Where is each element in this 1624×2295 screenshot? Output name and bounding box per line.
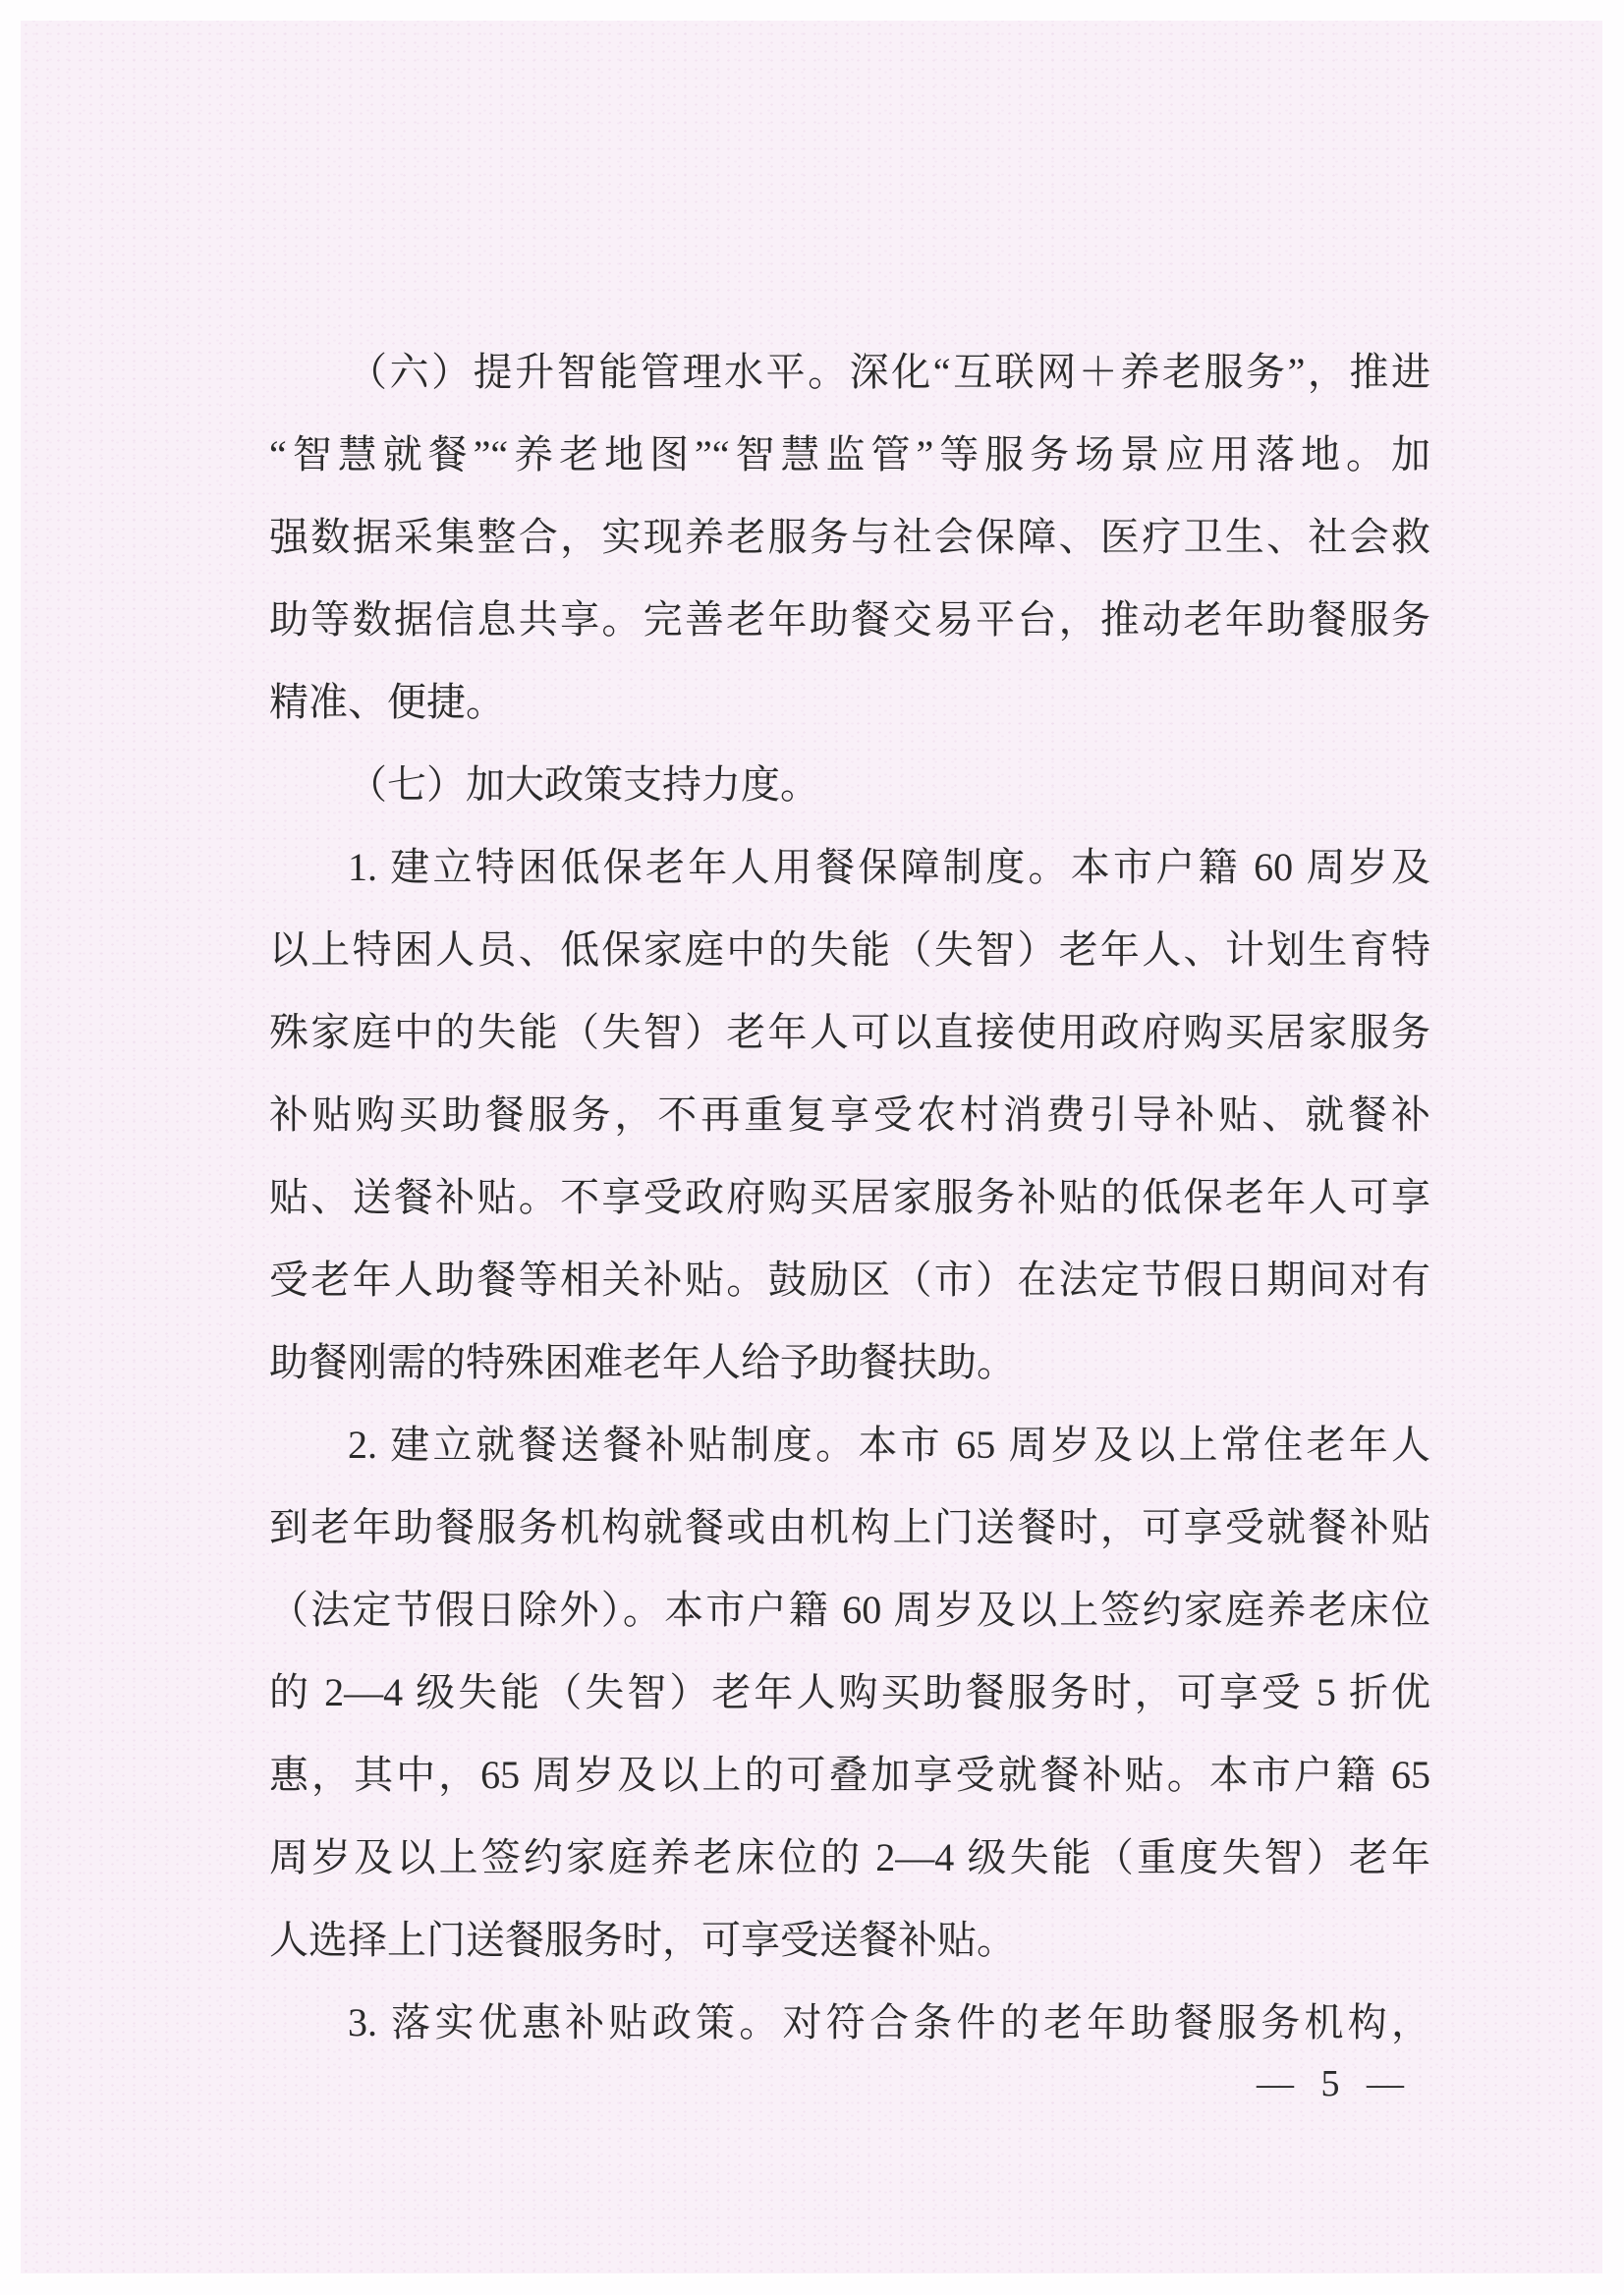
text-line: 3. 落实优惠补贴政策。对符合条件的老年助餐服务机构， [269,1982,1430,2064]
text-line: 惠，其中，65 周岁及以上的可叠加享受就餐补贴。本市户籍 65 [269,1734,1430,1817]
text-line: 助等数据信息共享。完善老年助餐交易平台，推动老年助餐服务 [269,579,1430,661]
text-line: （六）提升智能管理水平。深化“互联网＋养老服务”，推进 [269,331,1430,414]
text-line: 人选择上门送餐服务时，可享受送餐补贴。 [269,1899,1430,1982]
text-line: 2. 建立就餐送餐补贴制度。本市 65 周岁及以上常住老年人 [269,1404,1430,1486]
text-line: 贴、送餐补贴。不享受政府购买居家服务补贴的低保老年人可享 [269,1156,1430,1239]
document-page: （六）提升智能管理水平。深化“互联网＋养老服务”，推进 “智慧就餐”“养老地图”… [21,21,1602,2273]
scan-canvas: （六）提升智能管理水平。深化“互联网＋养老服务”，推进 “智慧就餐”“养老地图”… [0,0,1624,2295]
text-line: “智慧就餐”“养老地图”“智慧监管”等服务场景应用落地。加 [269,414,1430,496]
text-line: 殊家庭中的失能（失智）老年人可以直接使用政府购买居家服务 [269,991,1430,1074]
text-line: 强数据采集整合，实现养老服务与社会保障、医疗卫生、社会救 [269,496,1430,579]
section-heading: （七）加大政策支持力度。 [269,744,1430,826]
text-line: 以上特困人员、低保家庭中的失能（失智）老年人、计划生育特 [269,909,1430,991]
text-line: 周岁及以上签约家庭养老床位的 2—4 级失能（重度失智）老年 [269,1817,1430,1899]
text-line: 补贴购买助餐服务，不再重复享受农村消费引导补贴、就餐补 [269,1074,1430,1156]
page-number: — 5 — [1257,2062,1404,2105]
text-line: 助餐刚需的特殊困难老年人给予助餐扶助。 [269,1321,1430,1404]
text-line: 的 2—4 级失能（失智）老年人购买助餐服务时，可享受 5 折优 [269,1651,1430,1734]
text-line: 受老年人助餐等相关补贴。鼓励区（市）在法定节假日期间对有 [269,1239,1430,1321]
text-line: 1. 建立特困低保老年人用餐保障制度。本市户籍 60 周岁及 [269,826,1430,909]
text-line: 到老年助餐服务机构就餐或由机构上门送餐时，可享受就餐补贴 [269,1486,1430,1569]
document-body: （六）提升智能管理水平。深化“互联网＋养老服务”，推进 “智慧就餐”“养老地图”… [269,331,1430,2064]
text-line: 精准、便捷。 [269,661,1430,744]
text-line: （法定节假日除外）。本市户籍 60 周岁及以上签约家庭养老床位 [269,1569,1430,1651]
